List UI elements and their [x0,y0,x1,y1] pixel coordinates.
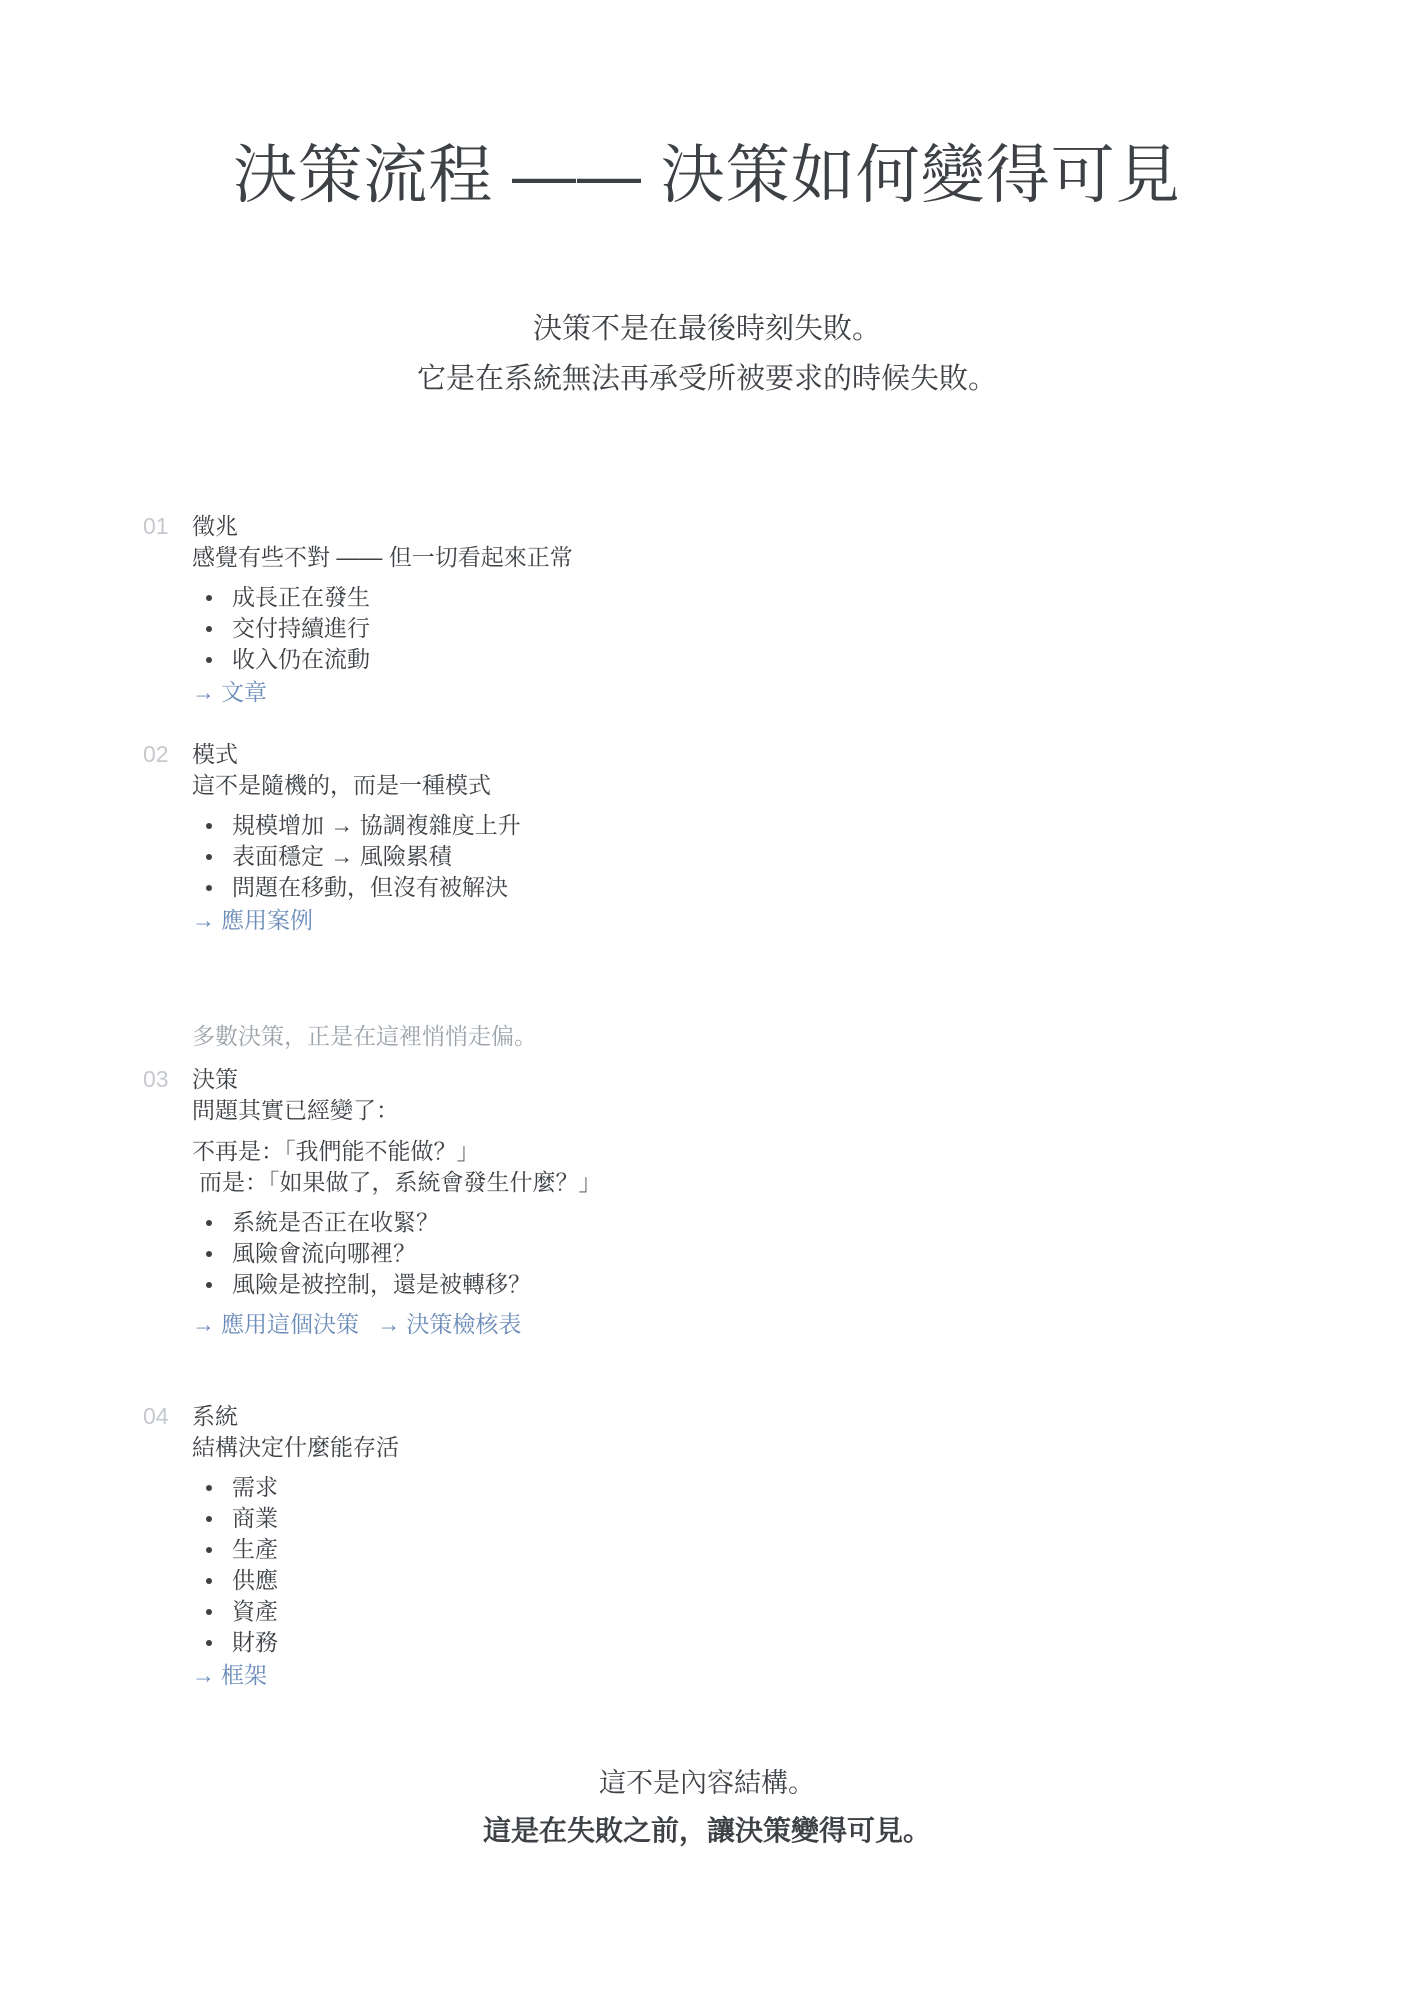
section-links: →應用這個決策 →決策檢核表 [192,1309,1414,1340]
interlude-note: 多數決策，正是在這裡悄悄走偏。 [192,1021,1414,1052]
section-pattern: 02 模式 這不是隨機的，而是一種模式 規模增加 → 協調複雜度上升 表面穩定 … [0,739,1414,936]
arrow-icon: → [377,1311,400,1337]
section-system: 04 系統 結構決定什麼能存活 需求 商業 生產 供應 資產 財務 →框架 [0,1401,1414,1691]
arrow-icon: → [192,679,215,705]
use-case-link[interactable]: →應用案例 [192,907,313,933]
section-title: 徵兆 [192,511,1414,542]
section-number: 01 [143,511,192,708]
bullet-item: 收入仍在流動 [192,644,1414,675]
bullet-item: 交付持續進行 [192,613,1414,644]
question-line: 而是：「如果做了，系統會發生什麼？」 [192,1167,1414,1198]
section-links: →文章 [192,677,1414,708]
section-body: 系統 結構決定什麼能存活 需求 商業 生產 供應 資產 財務 →框架 [192,1401,1414,1691]
bullet-list: 規模增加 → 協調複雜度上升 表面穩定 → 風險累積 問題在移動，但沒有被解決 [192,810,1414,903]
section-title: 模式 [192,739,1414,770]
link-label: 決策檢核表 [406,1311,521,1337]
section-description: 這不是隨機的，而是一種模式 [192,770,1414,801]
section-links: →框架 [192,1660,1414,1691]
bullet-item: 問題在移動，但沒有被解決 [192,872,1414,903]
link-label: 文章 [221,679,267,705]
bullet-list: 需求 商業 生產 供應 資產 財務 [192,1472,1414,1658]
bullet-item: 供應 [192,1565,1414,1596]
subtitle-line: 它是在系統無法再承受所被要求的時候失敗。 [0,354,1414,404]
arrow-icon: → [192,907,215,933]
bullet-item: 需求 [192,1472,1414,1503]
bullet-item: 表面穩定 → 風險累積 [192,841,1414,872]
question-line: 不再是：「我們能不能做？」 [192,1136,1414,1167]
document-page: 決策流程 —— 決策如何變得可見 決策不是在最後時刻失敗。 它是在系統無法再承受… [0,0,1414,1855]
bullet-list: 成長正在發生 交付持續進行 收入仍在流動 [192,582,1414,675]
bullet-item: 資產 [192,1596,1414,1627]
section-description: 問題其實已經變了： [192,1095,1414,1126]
article-link[interactable]: →文章 [192,679,267,705]
decision-checklist-link[interactable]: →決策檢核表 [377,1311,521,1337]
bullet-item: 規模增加 → 協調複雜度上升 [192,810,1414,841]
apply-decision-link[interactable]: →應用這個決策 [192,1311,359,1337]
bullet-item: 商業 [192,1503,1414,1534]
question-block: 不再是：「我們能不能做？」 而是：「如果做了，系統會發生什麼？」 [192,1136,1414,1198]
bullet-item: 系統是否正在收緊？ [192,1207,1414,1238]
section-number: 03 [143,1064,192,1340]
subtitle-line: 決策不是在最後時刻失敗。 [0,304,1414,354]
link-label: 應用案例 [221,907,313,933]
page-subtitle: 決策不是在最後時刻失敗。 它是在系統無法再承受所被要求的時候失敗。 [0,304,1414,404]
arrow-icon: → [192,1662,215,1688]
closing-line-emphasis: 這是在失敗之前，讓決策變得可見。 [0,1807,1414,1855]
section-body: 徵兆 感覺有些不對 —— 但一切看起來正常 成長正在發生 交付持續進行 收入仍在… [192,511,1414,708]
section-body: 決策 問題其實已經變了： 不再是：「我們能不能做？」 而是：「如果做了，系統會發… [192,1064,1414,1340]
link-label: 應用這個決策 [221,1311,359,1337]
section-description: 結構決定什麼能存活 [192,1432,1414,1463]
arrow-icon: → [192,1311,215,1337]
section-description: 感覺有些不對 —— 但一切看起來正常 [192,542,1414,573]
section-signs: 01 徵兆 感覺有些不對 —— 但一切看起來正常 成長正在發生 交付持續進行 收… [0,511,1414,708]
page-title: 決策流程 —— 決策如何變得可見 [0,140,1414,210]
section-body: 模式 這不是隨機的，而是一種模式 規模增加 → 協調複雜度上升 表面穩定 → 風… [192,739,1414,936]
bullet-item: 財務 [192,1627,1414,1658]
bullet-item: 生產 [192,1534,1414,1565]
section-links: →應用案例 [192,905,1414,936]
section-number: 02 [143,739,192,936]
section-title: 決策 [192,1064,1414,1095]
section-title: 系統 [192,1401,1414,1432]
bullet-item: 風險是被控制，還是被轉移？ [192,1269,1414,1300]
closing-line: 這不是內容結構。 [0,1759,1414,1807]
framework-link[interactable]: →框架 [192,1662,267,1688]
bullet-list: 系統是否正在收緊？ 風險會流向哪裡？ 風險是被控制，還是被轉移？ [192,1207,1414,1300]
bullet-item: 成長正在發生 [192,582,1414,613]
section-decision: 03 決策 問題其實已經變了： 不再是：「我們能不能做？」 而是：「如果做了，系… [0,1064,1414,1340]
section-number: 04 [143,1401,192,1691]
closing-note: 這不是內容結構。 這是在失敗之前，讓決策變得可見。 [0,1759,1414,1855]
bullet-item: 風險會流向哪裡？ [192,1238,1414,1269]
link-label: 框架 [221,1662,267,1688]
